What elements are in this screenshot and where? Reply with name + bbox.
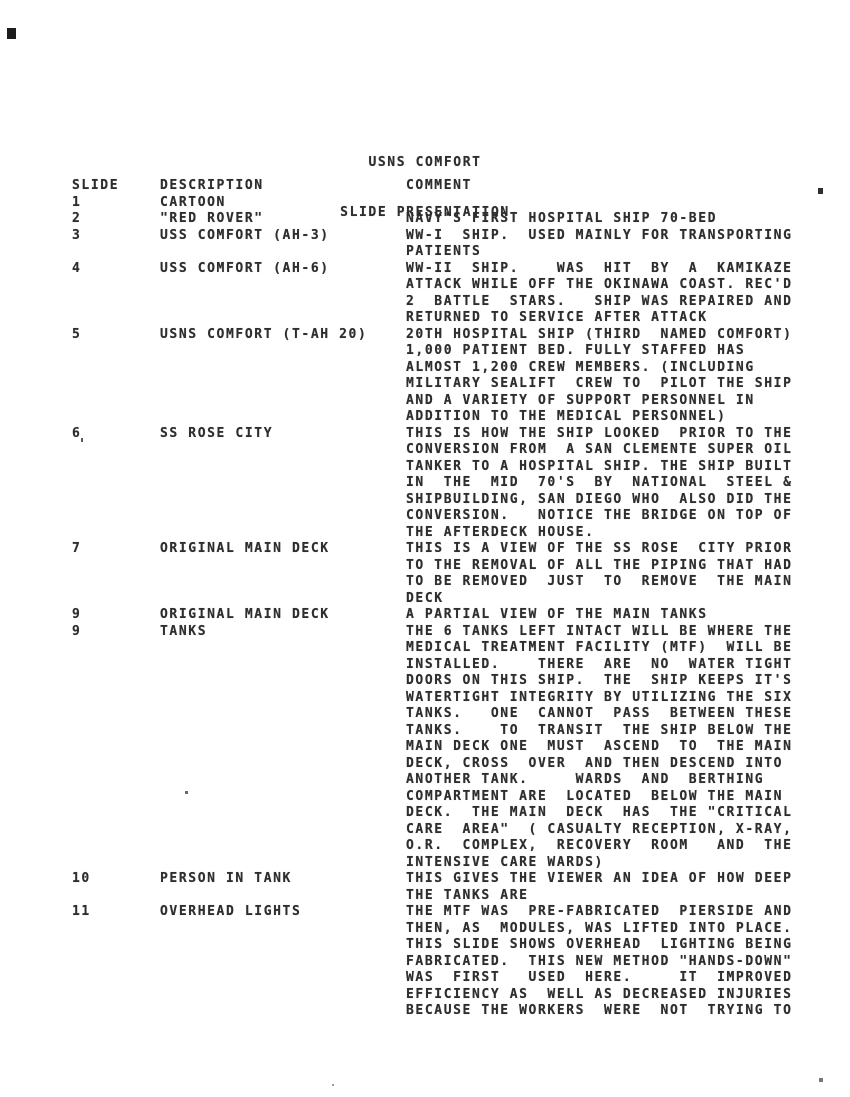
comment-line: TANKS. ONE CANNOT PASS BETWEEN THESE [406, 706, 832, 723]
comment-line: SHIPBUILDING, SAN DIEGO WHO ALSO DID THE [406, 492, 832, 509]
comment-line: BECAUSE THE WORKERS WERE NOT TRYING TO [406, 1003, 832, 1020]
comment-line: DECK. THE MAIN DECK HAS THE "CRITICAL [406, 805, 832, 822]
comment-line: AND A VARIETY OF SUPPORT PERSONNEL IN [406, 393, 832, 410]
comment-line: DECK, CROSS OVER AND THEN DESCEND INTO [406, 756, 832, 773]
slide-number: 9 [72, 607, 160, 624]
column-header-slide: SLIDE [72, 178, 160, 195]
comment-line: NAVY'S FIRST HOSPITAL SHIP 70-BED [406, 211, 832, 228]
comment-line: IN THE MID 70'S BY NATIONAL STEEL & [406, 475, 832, 492]
comment-line: WW-I SHIP. USED MAINLY FOR TRANSPORTING [406, 228, 832, 245]
comment-line: TO BE REMOVED JUST TO REMOVE THE MAIN [406, 574, 832, 591]
comment-line: MEDICAL TREATMENT FACILITY (MTF) WILL BE [406, 640, 832, 657]
slide-description: ORIGINAL MAIN DECK [160, 607, 406, 624]
comment-line: INTENSIVE CARE WARDS) [406, 855, 832, 872]
comment-line: RETURNED TO SERVICE AFTER ATTACK [406, 310, 832, 327]
slide-comment: THE MTF WAS PRE-FABRICATED PIERSIDE ANDT… [406, 904, 832, 1020]
table-body: 1CARTOON2"RED ROVER"NAVY'S FIRST HOSPITA… [72, 195, 832, 1020]
comment-line: TANKER TO A HOSPITAL SHIP. THE SHIP BUIL… [406, 459, 832, 476]
table-row: 2"RED ROVER"NAVY'S FIRST HOSPITAL SHIP 7… [72, 211, 832, 228]
comment-line: WATERTIGHT INTEGRITY BY UTILIZING THE SI… [406, 690, 832, 707]
comment-line: MILITARY SEALIFT CREW TO PILOT THE SHIP [406, 376, 832, 393]
comment-line: 1,000 PATIENT BED. FULLY STAFFED HAS [406, 343, 832, 360]
table-row: 5USNS COMFORT (T-AH 20)20TH HOSPITAL SHI… [72, 327, 832, 426]
table-row: 6SS ROSE CITYTHIS IS HOW THE SHIP LOOKED… [72, 426, 832, 542]
scan-speck-under-slide-6 [81, 438, 83, 442]
slide-comment: THIS IS A VIEW OF THE SS ROSE CITY PRIOR… [406, 541, 832, 607]
comment-line: THE AFTERDECK HOUSE. [406, 525, 832, 542]
slide-comment: WW-II SHIP. WAS HIT BY A KAMIKAZEATTACK … [406, 261, 832, 327]
comment-line: COMPARTMENT ARE LOCATED BELOW THE MAIN [406, 789, 832, 806]
slide-description: "RED ROVER" [160, 211, 406, 228]
comment-line: EFFICIENCY AS WELL AS DECREASED INJURIES [406, 987, 832, 1004]
column-header-comment: COMMENT [406, 178, 832, 195]
slide-number: 7 [72, 541, 160, 558]
slide-number: 2 [72, 211, 160, 228]
title-line-1: USNS COMFORT [0, 155, 850, 172]
table-row: 9TANKSTHE 6 TANKS LEFT INTACT WILL BE WH… [72, 624, 832, 872]
comment-line: 20TH HOSPITAL SHIP (THIRD NAMED COMFORT) [406, 327, 832, 344]
comment-line: 2 BATTLE STARS. SHIP WAS REPAIRED AND [406, 294, 832, 311]
comment-line: THE TANKS ARE [406, 888, 832, 905]
slide-description: USS COMFORT (AH-3) [160, 228, 406, 245]
comment-line: CONVERSION. NOTICE THE BRIDGE ON TOP OF [406, 508, 832, 525]
slide-description: CARTOON [160, 195, 406, 212]
comment-line: MAIN DECK ONE MUST ASCEND TO THE MAIN [406, 739, 832, 756]
slide-comment: THIS IS HOW THE SHIP LOOKED PRIOR TO THE… [406, 426, 832, 542]
comment-line: INSTALLED. THERE ARE NO WATER TIGHT [406, 657, 832, 674]
comment-line: CARE AREA" ( CASUALTY RECEPTION, X-RAY, [406, 822, 832, 839]
table-row: 10PERSON IN TANKTHIS GIVES THE VIEWER AN… [72, 871, 832, 904]
comment-line: THIS IS A VIEW OF THE SS ROSE CITY PRIOR [406, 541, 832, 558]
scan-speck-bottom-right [819, 1078, 823, 1082]
table-row: 11OVERHEAD LIGHTSTHE MTF WAS PRE-FABRICA… [72, 904, 832, 1020]
table-header-row: SLIDE DESCRIPTION COMMENT [72, 178, 832, 195]
scan-speck-bottom-center [332, 1084, 334, 1086]
document-page: USNS COMFORT SLIDE PRESENTATION SLIDE DE… [0, 0, 850, 1097]
slide-number: 5 [72, 327, 160, 344]
comment-line: ALMOST 1,200 CREW MEMBERS. (INCLUDING [406, 360, 832, 377]
slide-comment: 20TH HOSPITAL SHIP (THIRD NAMED COMFORT)… [406, 327, 832, 426]
scan-mark-top-left [7, 28, 16, 39]
slide-description: SS ROSE CITY [160, 426, 406, 443]
comment-line: PATIENTS [406, 244, 832, 261]
comment-line: DECK [406, 591, 832, 608]
comment-line: TANKS. TO TRANSIT THE SHIP BELOW THE [406, 723, 832, 740]
table-row: 3USS COMFORT (AH-3)WW-I SHIP. USED MAINL… [72, 228, 832, 261]
slide-description: OVERHEAD LIGHTS [160, 904, 406, 921]
comment-line: THEN, AS MODULES, WAS LIFTED INTO PLACE. [406, 921, 832, 938]
slide-comment: THE 6 TANKS LEFT INTACT WILL BE WHERE TH… [406, 624, 832, 872]
slide-description: ORIGINAL MAIN DECK [160, 541, 406, 558]
scan-speck-right-margin [818, 188, 823, 194]
slide-comment: NAVY'S FIRST HOSPITAL SHIP 70-BED [406, 211, 832, 228]
slide-comment: A PARTIAL VIEW OF THE MAIN TANKS [406, 607, 832, 624]
table-row: 1CARTOON [72, 195, 832, 212]
comment-line: THIS SLIDE SHOWS OVERHEAD LIGHTING BEING [406, 937, 832, 954]
comment-line: ADDITION TO THE MEDICAL PERSONNEL) [406, 409, 832, 426]
slide-comment: WW-I SHIP. USED MAINLY FOR TRANSPORTINGP… [406, 228, 832, 261]
comment-line: FABRICATED. THIS NEW METHOD "HANDS-DOWN" [406, 954, 832, 971]
table-row: 7ORIGINAL MAIN DECKTHIS IS A VIEW OF THE… [72, 541, 832, 607]
slide-number: 9 [72, 624, 160, 641]
slide-comment: THIS GIVES THE VIEWER AN IDEA OF HOW DEE… [406, 871, 832, 904]
column-header-description: DESCRIPTION [160, 178, 406, 195]
slide-number: 4 [72, 261, 160, 278]
comment-line: A PARTIAL VIEW OF THE MAIN TANKS [406, 607, 832, 624]
slide-number: 3 [72, 228, 160, 245]
slide-number: 10 [72, 871, 160, 888]
comment-line: THIS IS HOW THE SHIP LOOKED PRIOR TO THE [406, 426, 832, 443]
table-row: 9ORIGINAL MAIN DECKA PARTIAL VIEW OF THE… [72, 607, 832, 624]
slide-description: PERSON IN TANK [160, 871, 406, 888]
comment-line: THE 6 TANKS LEFT INTACT WILL BE WHERE TH… [406, 624, 832, 641]
comment-line: O.R. COMPLEX, RECOVERY ROOM AND THE [406, 838, 832, 855]
comment-line: THE MTF WAS PRE-FABRICATED PIERSIDE AND [406, 904, 832, 921]
comment-line: ANOTHER TANK. WARDS AND BERTHING [406, 772, 832, 789]
scan-speck-mid-left [185, 791, 188, 794]
comment-line: DOORS ON THIS SHIP. THE SHIP KEEPS IT'S [406, 673, 832, 690]
comment-line: WAS FIRST USED HERE. IT IMPROVED [406, 970, 832, 987]
comment-line: CONVERSION FROM A SAN CLEMENTE SUPER OIL [406, 442, 832, 459]
slide-description: USNS COMFORT (T-AH 20) [160, 327, 406, 344]
slide-number: 11 [72, 904, 160, 921]
slide-table: SLIDE DESCRIPTION COMMENT 1CARTOON2"RED … [72, 178, 832, 1020]
comment-line: TO THE REMOVAL OF ALL THE PIPING THAT HA… [406, 558, 832, 575]
table-row: 4USS COMFORT (AH-6)WW-II SHIP. WAS HIT B… [72, 261, 832, 327]
comment-line: THIS GIVES THE VIEWER AN IDEA OF HOW DEE… [406, 871, 832, 888]
slide-number: 1 [72, 195, 160, 212]
slide-description: USS COMFORT (AH-6) [160, 261, 406, 278]
comment-line: ATTACK WHILE OFF THE OKINAWA COAST. REC'… [406, 277, 832, 294]
slide-number: 6 [72, 426, 160, 443]
comment-line: WW-II SHIP. WAS HIT BY A KAMIKAZE [406, 261, 832, 278]
slide-description: TANKS [160, 624, 406, 641]
